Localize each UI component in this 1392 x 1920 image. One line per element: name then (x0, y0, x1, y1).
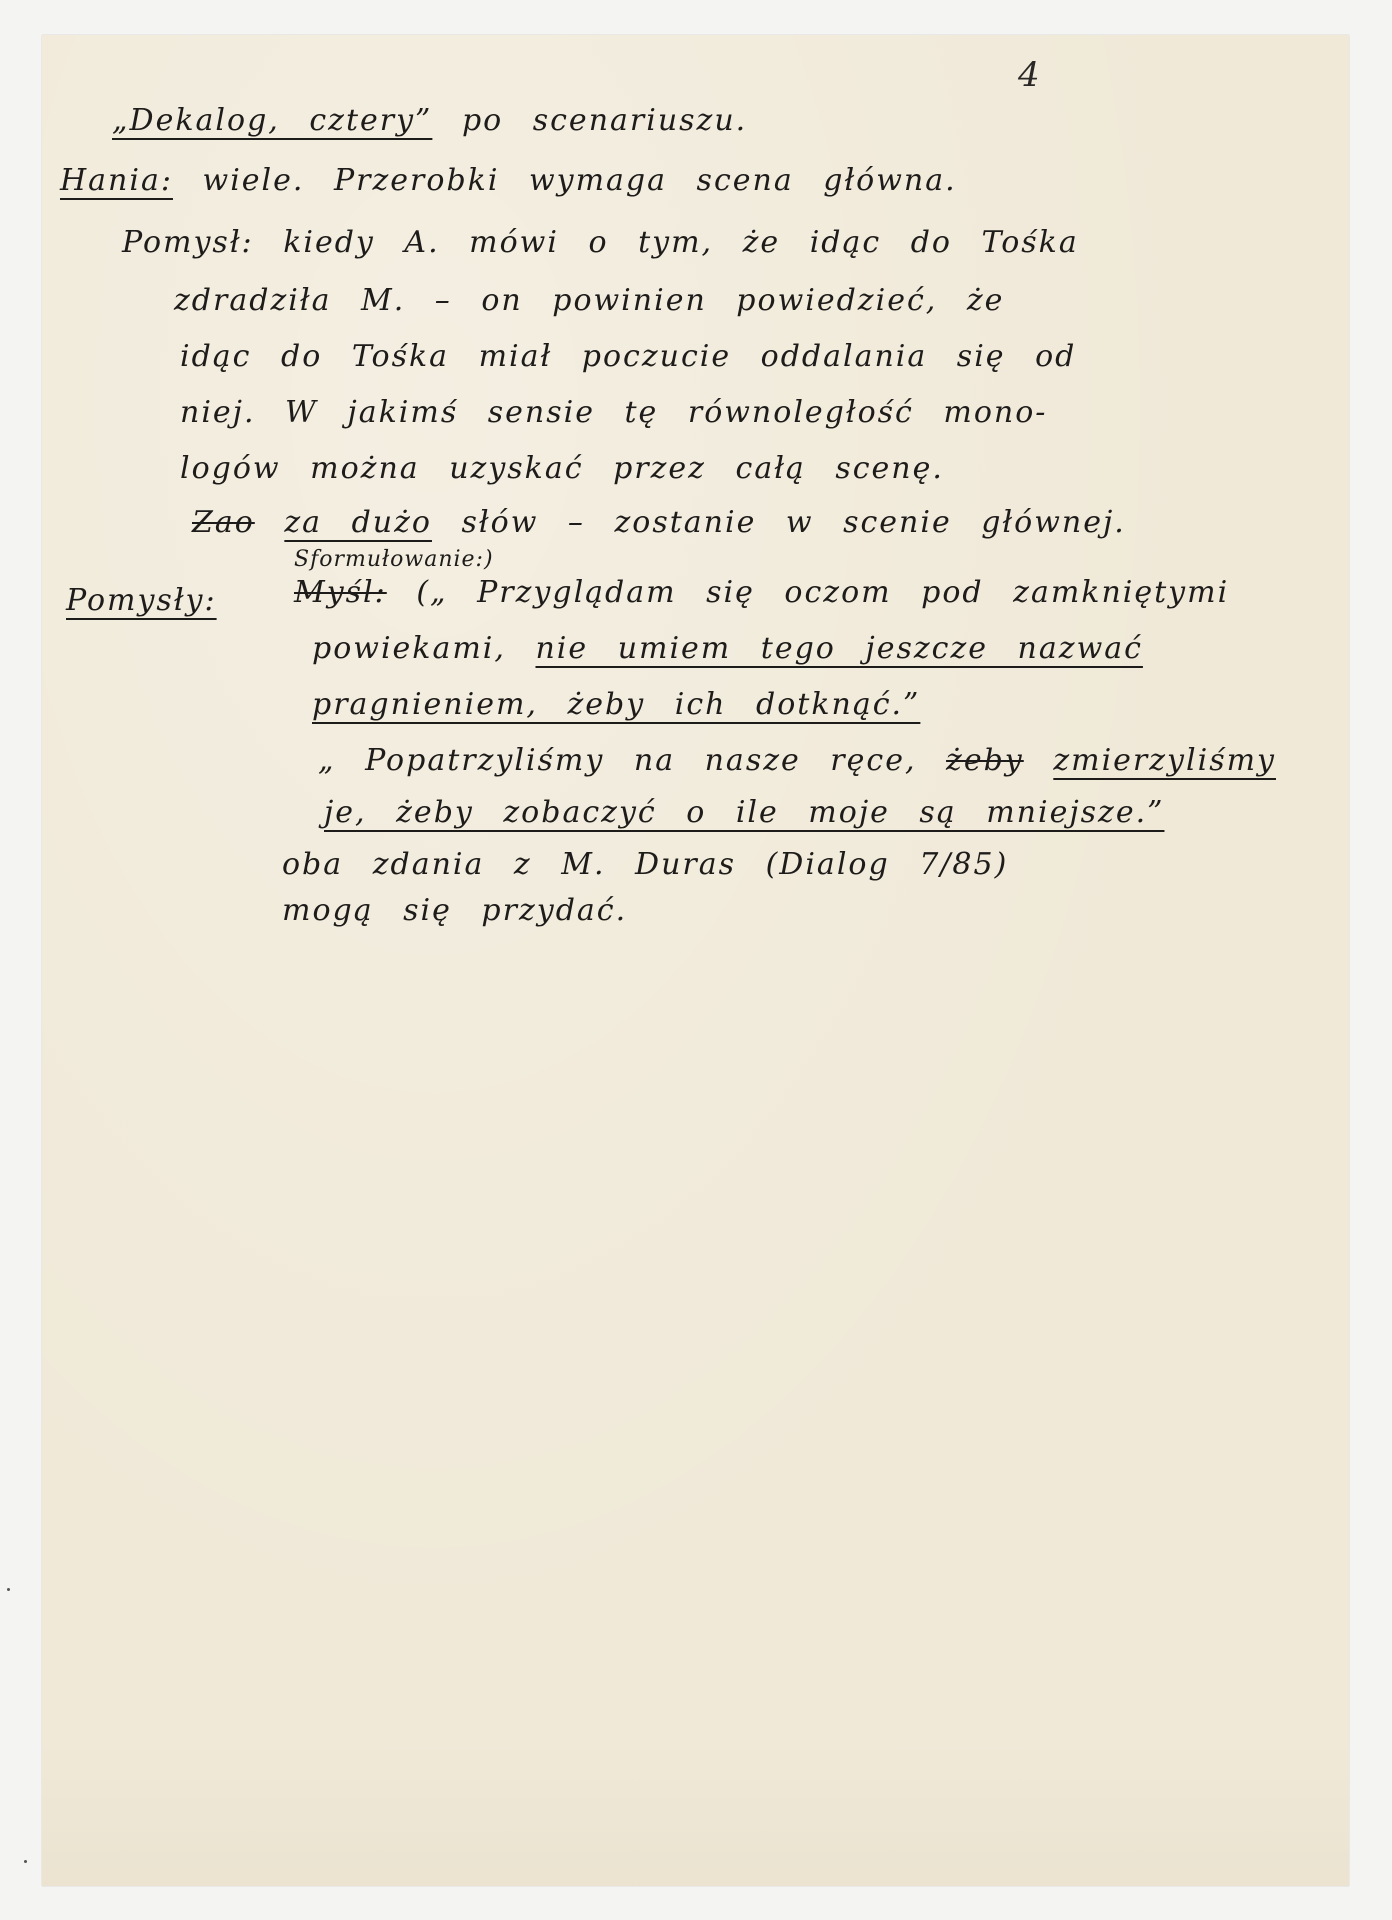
closing-line-2: mogą się przydać. (282, 893, 627, 928)
quote1-text-2: powiekami, (312, 631, 506, 666)
title-rest: po scenariuszu. (462, 103, 747, 138)
za-duzo-line: Zao za dużo słów – zostanie w scenie głó… (192, 505, 1126, 540)
struck-word-zao: Zao (192, 505, 255, 540)
quote2-line-2: je, żeby zobaczyć o ile moje są mniejsze… (324, 795, 1164, 830)
struck-word-zeby: żeby (946, 743, 1024, 778)
za-duzo-rest: słów – zostanie w scenie głównej. (462, 505, 1126, 540)
quote1-text-3-underlined: pragnieniem, żeby ich dotknąć.” (312, 687, 920, 722)
struck-word-mysl: Myśl: (294, 575, 387, 610)
quote1-text-2-underlined: nie umiem tego jeszcze nazwać (535, 631, 1142, 666)
title-quoted: „Dekalog, cztery” (112, 103, 432, 138)
manuscript-title: „Dekalog, cztery” po scenariuszu. (112, 103, 747, 138)
quote2-text-1: „ Popatrzyliśmy na nasze ręce, (318, 743, 917, 778)
za-duzo-underlined: za dużo (284, 505, 432, 540)
hania-label: Hania: (60, 163, 173, 198)
pomysl-label: Pomysł: (122, 225, 254, 260)
quote1-line-1: Myśl: („ Przyglądam się oczom pod zamkni… (294, 575, 1229, 610)
quote2-line-1: „ Popatrzyliśmy na nasze ręce, żeby zmie… (318, 743, 1276, 778)
scan-speck (24, 1860, 27, 1863)
pomysl-line-4: niej. W jakimś sensie tę równoległość mo… (180, 395, 1047, 430)
page-number: 4 (1018, 55, 1040, 95)
quote1-line-2: powiekami, nie umiem tego jeszcze nazwać (312, 631, 1143, 666)
quote1-text-1: („ Przyglądam się oczom pod zamkniętymi (416, 575, 1229, 610)
manuscript-page: 4 „Dekalog, cztery” po scenariuszu. Hani… (42, 35, 1349, 1886)
pomysl-line-3: idąc do Tośka miał poczucie oddalania si… (180, 339, 1076, 374)
pomysl-line-5: logów można uzyskać przez całą scenę. (180, 451, 944, 486)
pomysl-text-1: kiedy A. mówi o tym, że idąc do Tośka (283, 225, 1079, 260)
pomysl-line-2: zdradziła M. – on powinien powiedzieć, ż… (174, 283, 1004, 318)
hania-line: Hania: wiele. Przerobki wymaga scena głó… (60, 163, 957, 198)
pomysl-line-1: Pomysł: kiedy A. mówi o tym, że idąc do … (122, 225, 1079, 260)
pomysly-label: Pomysły: (66, 583, 217, 618)
quote2-text-1-end: zmierzyliśmy (1053, 743, 1276, 778)
hania-text: wiele. Przerobki wymaga scena główna. (203, 163, 957, 198)
insert-sformulowanie: Sformułowanie:) (294, 547, 494, 572)
closing-line-1: oba zdania z M. Duras (Dialog 7/85) (282, 847, 1008, 882)
quote2-text-2: je, żeby zobaczyć o ile moje są mniejsze… (324, 795, 1164, 830)
quote1-line-3: pragnieniem, żeby ich dotknąć.” (312, 687, 920, 722)
scan-speck (7, 1588, 10, 1591)
